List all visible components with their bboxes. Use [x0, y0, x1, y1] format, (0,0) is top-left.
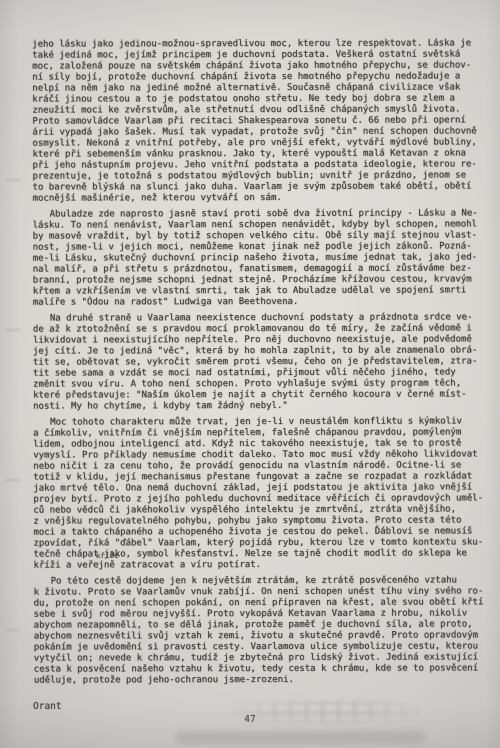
paragraph: Abuladze zde naprosto jasně staví proti … [33, 208, 485, 308]
text-line: kříži a veřejně zatracovat a víru potíra… [34, 559, 486, 571]
scanned-page: jeho lásku jako jedinou-možnou-spravedli… [0, 0, 500, 748]
typed-insertion-above-line: kříže [96, 551, 119, 560]
margin-scan-marks [6, 90, 20, 650]
text-line: malíře s "Ódou na radost" Ludwiga van Be… [33, 296, 485, 308]
text-line: uděluje, protože pod jeho-ochranou jsme-… [34, 674, 486, 686]
page-number: 47 [0, 714, 500, 725]
text-line: nosti. My ho chytíme, i kdyby tam žádný … [33, 400, 485, 412]
text-line: které představuje: "Naším úkolem je nají… [33, 389, 485, 401]
text-line: křtem a vzkříšením ve vlastní smrti, tak… [33, 285, 485, 297]
text-line: cesta k posvěcení našeho vztahu k životu… [34, 663, 486, 675]
text-line: mocnější mašinérie, než kterou vytváří o… [33, 192, 485, 204]
paragraph: Po této cestě dojdeme jen k největším zt… [34, 575, 486, 686]
text-line: to barevně blýská na slunci jako duha. V… [33, 181, 485, 193]
paragraph: Moc tohoto charakteru může trvat, jen je… [33, 416, 485, 571]
text-block: jeho lásku jako jedinou-možnou-spravedli… [32, 38, 486, 691]
author-signature: Orant [33, 701, 62, 712]
paragraph: Na druhé straně u Vaarlama neexistence d… [33, 312, 485, 412]
paragraph: jeho lásku jako jedinou-možnou-spravedli… [32, 38, 484, 204]
scan-shadow-artifact [175, 731, 425, 744]
